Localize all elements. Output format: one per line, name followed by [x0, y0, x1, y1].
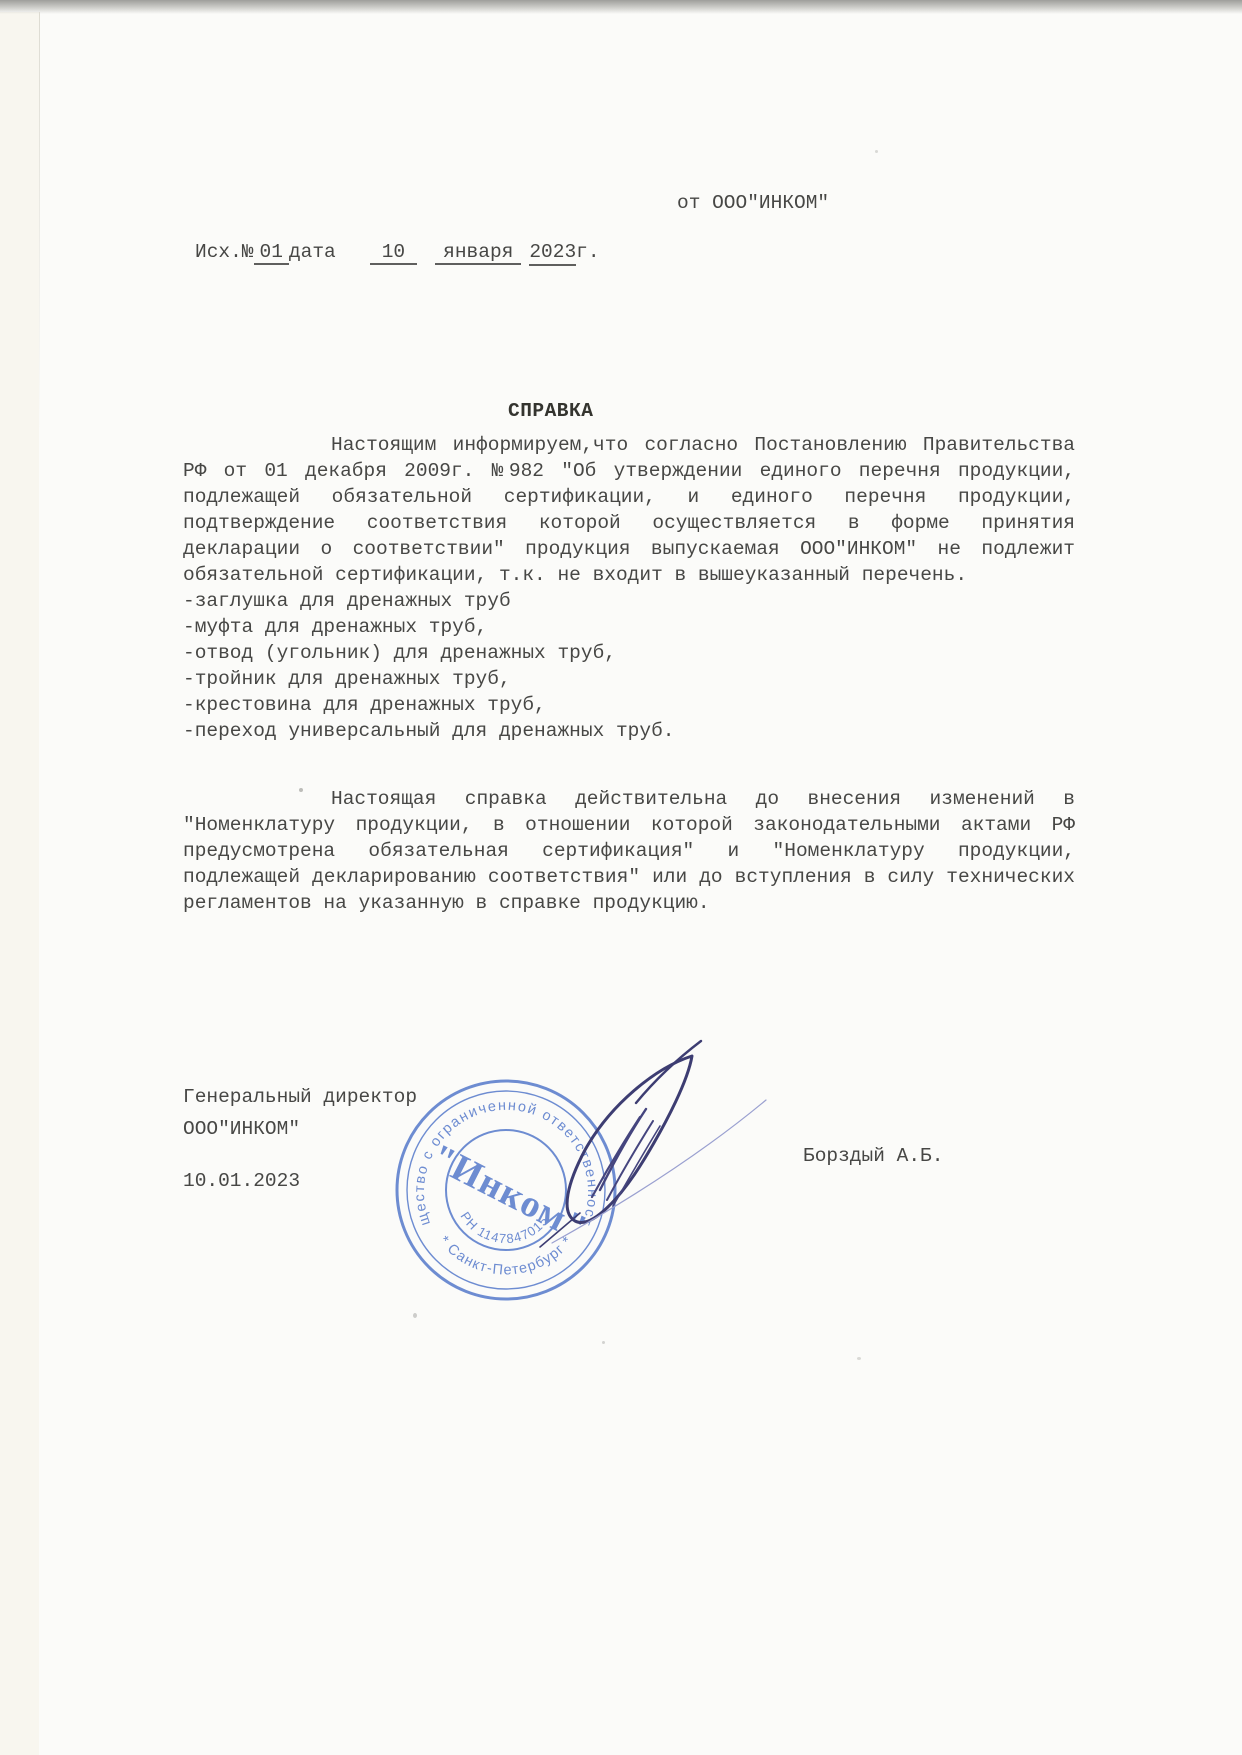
text-line: -отвод (угольник) для дренажных труб,: [183, 640, 1075, 666]
text-line: Настоящая справка действительна до внесе…: [183, 786, 1075, 812]
ref-era: г.: [576, 241, 599, 263]
paragraph-1: Настоящим информируем,что согласно Поста…: [183, 432, 1075, 588]
signature-date: 10.01.2023: [183, 1168, 300, 1194]
document-title: СПРАВКА: [508, 398, 593, 424]
from-line: от ООО"ИНКОМ": [677, 190, 829, 216]
text-line: -переход универсальный для дренажных тру…: [183, 718, 1075, 744]
scan-speck: [413, 1313, 417, 1318]
text-line: обязательной сертификации, т.к. не входи…: [183, 562, 1075, 588]
text-line: "Номенклатуру продукции, в отношении кот…: [183, 812, 1075, 838]
ref-year: 2023: [529, 241, 576, 266]
ref-prefix: Исх.№: [195, 241, 254, 263]
scan-fold-line: [39, 12, 40, 432]
signer-position-line2: ООО"ИНКОМ": [183, 1116, 300, 1142]
scanned-document-page: от ООО"ИНКОМ" Исх.№01дата10января2023г. …: [0, 0, 1242, 1755]
scan-margin-tint: [0, 12, 39, 1755]
ref-date-label: дата: [289, 241, 336, 263]
text-line: подлежащей обязательной сертификации, и …: [183, 484, 1075, 510]
product-list: -заглушка для дренажных труб-муфта для д…: [183, 588, 1075, 744]
company-round-stamp: Общество с ограниченной ответственностью…: [391, 1073, 621, 1303]
text-line: -крестовина для дренажных труб,: [183, 692, 1075, 718]
text-line: -муфта для дренажных труб,: [183, 614, 1075, 640]
scan-top-edge-shadow: [0, 0, 1242, 14]
ref-number: 01: [254, 241, 289, 265]
text-line: подлежащей декларированию соответствия" …: [183, 864, 1075, 890]
text-line: РФ от 01 декабря 2009г. №982 "Об утвержд…: [183, 458, 1075, 484]
text-line: подтверждение соответствия которой осуще…: [183, 510, 1075, 536]
text-line: Настоящим информируем,что согласно Поста…: [183, 432, 1075, 458]
text-line: регламентов на указанную в справке проду…: [183, 890, 1075, 916]
reference-line: Исх.№01дата10января2023г.: [195, 239, 600, 265]
text-line: декларации о соответствии" продукция вып…: [183, 536, 1075, 562]
scan-speck: [857, 1357, 861, 1360]
text-line: -тройник для дренажных труб,: [183, 666, 1075, 692]
scan-speck: [602, 1341, 605, 1344]
text-line: предусмотрена обязательная сертификация"…: [183, 838, 1075, 864]
paragraph-2: Настоящая справка действительна до внесе…: [183, 786, 1075, 916]
text-line: -заглушка для дренажных труб: [183, 588, 1075, 614]
scan-speck: [875, 150, 878, 153]
signer-name: Борздый А.Б.: [803, 1143, 943, 1169]
ref-day: 10: [370, 241, 417, 265]
ref-month: января: [435, 241, 521, 265]
signer-position-line1: Генеральный директор: [183, 1084, 417, 1110]
